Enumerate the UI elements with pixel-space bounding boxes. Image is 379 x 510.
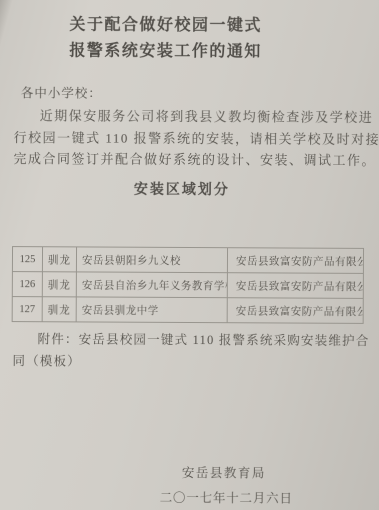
table-row: 126 驯龙 安岳县自治乡九年义务教育学校 安岳县致富安防产品有限公司 (12, 272, 363, 299)
title-line-1: 关于配合做好校园一键式 (0, 12, 355, 40)
title-line-2: 报警系统安装工作的通知 (0, 38, 355, 66)
body-line: 近期保安服务公司将到我县义教均衡检查涉及学校进 (14, 105, 370, 128)
cell-area: 驯龙 (42, 297, 76, 322)
notice-document: 关于配合做好校园一键式 报警系统安装工作的通知 各中小学校： 近期保安服务公司将… (0, 0, 379, 510)
table-row: 127 驯龙 安岳县驯龙中学 安岳县致富安防产品有限公司 (12, 297, 363, 324)
issue-date: 二〇一七年十二月六日 (160, 488, 293, 507)
cell-no: 126 (12, 272, 42, 297)
cell-school: 安岳县驯龙中学 (76, 297, 227, 323)
cell-area: 驯龙 (42, 272, 76, 297)
section-heading: 安装区域划分 (0, 178, 371, 200)
cell-company: 安岳县致富安防产品有限公司 (227, 248, 363, 274)
attachment-line-1: 附件：安岳县校园一键式 110 报警系统采购安装维护合 (12, 328, 368, 352)
table-row: 125 驯龙 安岳县朝阳乡九义校 安岳县致富安防产品有限公司 (12, 247, 363, 274)
document-title: 关于配合做好校园一键式 报警系统安装工作的通知 (0, 12, 355, 66)
cell-no: 125 (12, 247, 42, 272)
cell-no: 127 (12, 297, 42, 322)
document-photo: 关于配合做好校园一键式 报警系统安装工作的通知 各中小学校： 近期保安服务公司将… (0, 0, 379, 510)
installation-area-table: 125 驯龙 安岳县朝阳乡九义校 安岳县致富安防产品有限公司 126 驯龙 安岳… (12, 246, 364, 324)
attachment-line-2: 同（模板） (12, 350, 368, 374)
body-line: 行校园一键式 110 报警系统的安装，请相关学校及时对接， (14, 127, 370, 150)
body-line: 完成合同签订并配合做好系统的设计、安装、调试工作。 (13, 148, 369, 171)
cell-school: 安岳县自治乡九年义务教育学校 (76, 272, 227, 298)
cell-area: 驯龙 (42, 247, 76, 272)
salutation: 各中小学校： (21, 83, 102, 101)
attachment-note: 附件：安岳县校园一键式 110 报警系统采购安装维护合 同（模板） (12, 328, 368, 374)
body-paragraph: 近期保安服务公司将到我县义教均衡检查涉及学校进 行校园一键式 110 报警系统的… (13, 105, 369, 171)
cell-school: 安岳县朝阳乡九义校 (76, 247, 227, 273)
area-table-body: 125 驯龙 安岳县朝阳乡九义校 安岳县致富安防产品有限公司 126 驯龙 安岳… (12, 247, 363, 324)
cell-company: 安岳县致富安防产品有限公司 (227, 298, 363, 324)
cell-company: 安岳县致富安防产品有限公司 (227, 273, 363, 299)
issuer-signature: 安岳县教育局 (182, 463, 266, 481)
